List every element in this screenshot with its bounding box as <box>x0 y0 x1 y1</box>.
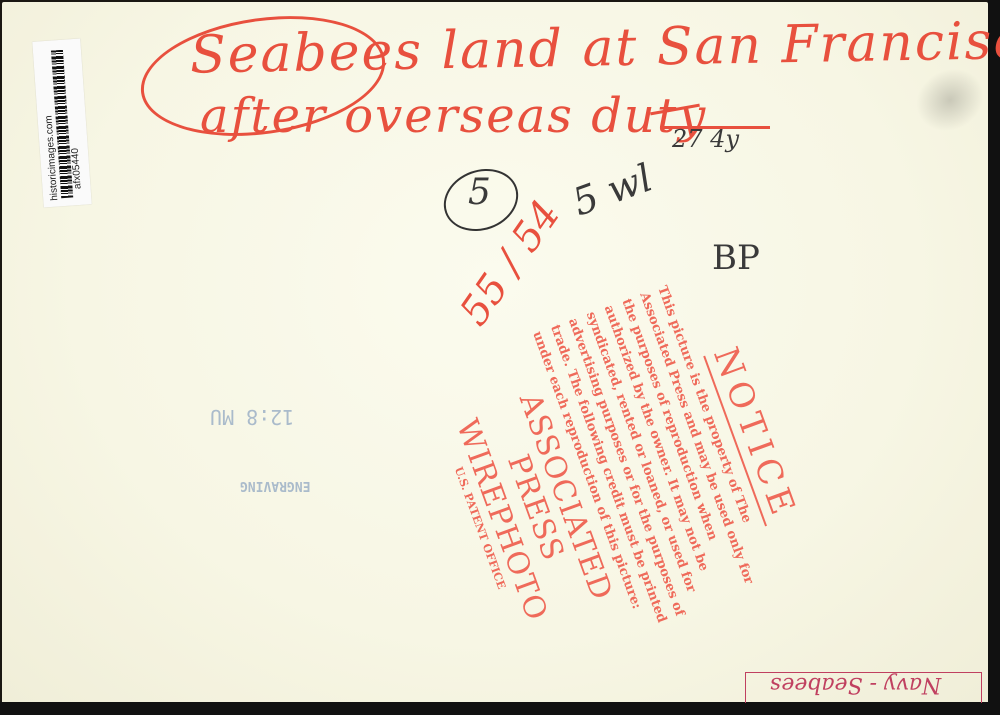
label-id: afx05440 <box>70 148 84 190</box>
circled-number: 5 <box>468 172 491 213</box>
scan-edge-bottom <box>0 702 1000 715</box>
caption-line-2: after overseas duty <box>200 88 707 144</box>
faint-engraving-stamp: ENGRAVING <box>240 478 310 493</box>
signature-text: Navy - Seabees <box>770 672 941 697</box>
date-note: 27 4y <box>672 125 739 153</box>
initials-note: BP <box>712 238 760 278</box>
faint-time-stamp: 12:8 MU <box>210 405 294 429</box>
